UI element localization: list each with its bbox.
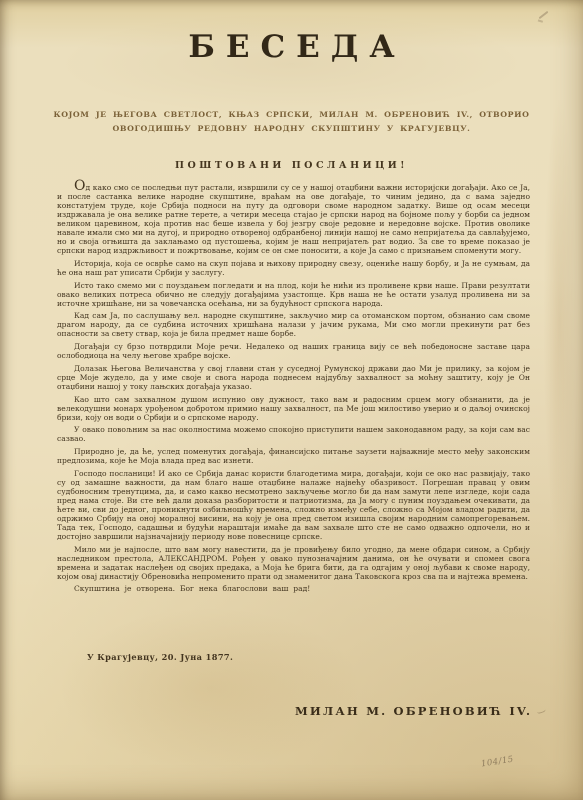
paragraph: Кад сам Ја, по саслушању вел. народне ск… (57, 311, 530, 338)
document-page: БЕСЕДА КОЈОМ ЈЕ ЊЕГОВА СВЕТЛОСТ, КЊАЗ СР… (0, 0, 583, 800)
signature: МИЛАН М. ОБРЕНОВИЋ IV. (295, 704, 505, 718)
pencil-tick-icon (539, 11, 549, 19)
paragraph: Исто тако смемо ми с поуздањем погледати… (57, 281, 530, 308)
document-subtitle: КОЈОМ ЈЕ ЊЕГОВА СВЕТЛОСТ, КЊАЗ СРПСКИ, М… (51, 108, 533, 135)
salutation-heading: ПОШТОВАНИ ПОСЛАНИЦИ! (0, 160, 583, 171)
paragraph: Долазак Његова Величанства у свој главни… (57, 364, 530, 391)
document-body: Од како смо се последњи пут растали, изв… (57, 182, 530, 593)
signature-text: МИЛАН М. ОБРЕНОВИЋ IV. (295, 704, 532, 718)
paragraph: Господо посланици! И ако се Србија данас… (57, 469, 530, 541)
page-title: БЕСЕДА (0, 28, 583, 66)
pencil-squiggle-icon (536, 706, 546, 714)
paragraph: Историја, која се осврће само на скуп по… (57, 259, 530, 277)
pencil-archive-number: 104/15 (480, 754, 514, 769)
paragraph: У овако повољним за нас околностима може… (57, 425, 530, 443)
paragraph: Догађаји су брзо потврдили Моје речи. Не… (57, 342, 530, 360)
paragraph: Од како смо се последњи пут растали, изв… (57, 182, 530, 255)
paragraph: Природно је, да ће, услед поменутих дога… (57, 447, 530, 465)
paragraph: Као што сам захвалном душом испунио ову … (57, 395, 530, 422)
paragraph: Мило ми је најпосле, што вам могу навест… (57, 545, 530, 581)
closing-line: Скупштина је отворена. Бог нека благосло… (57, 584, 530, 593)
dateline: У Крагујевцу, 20. Јуна 1877. (87, 652, 233, 662)
